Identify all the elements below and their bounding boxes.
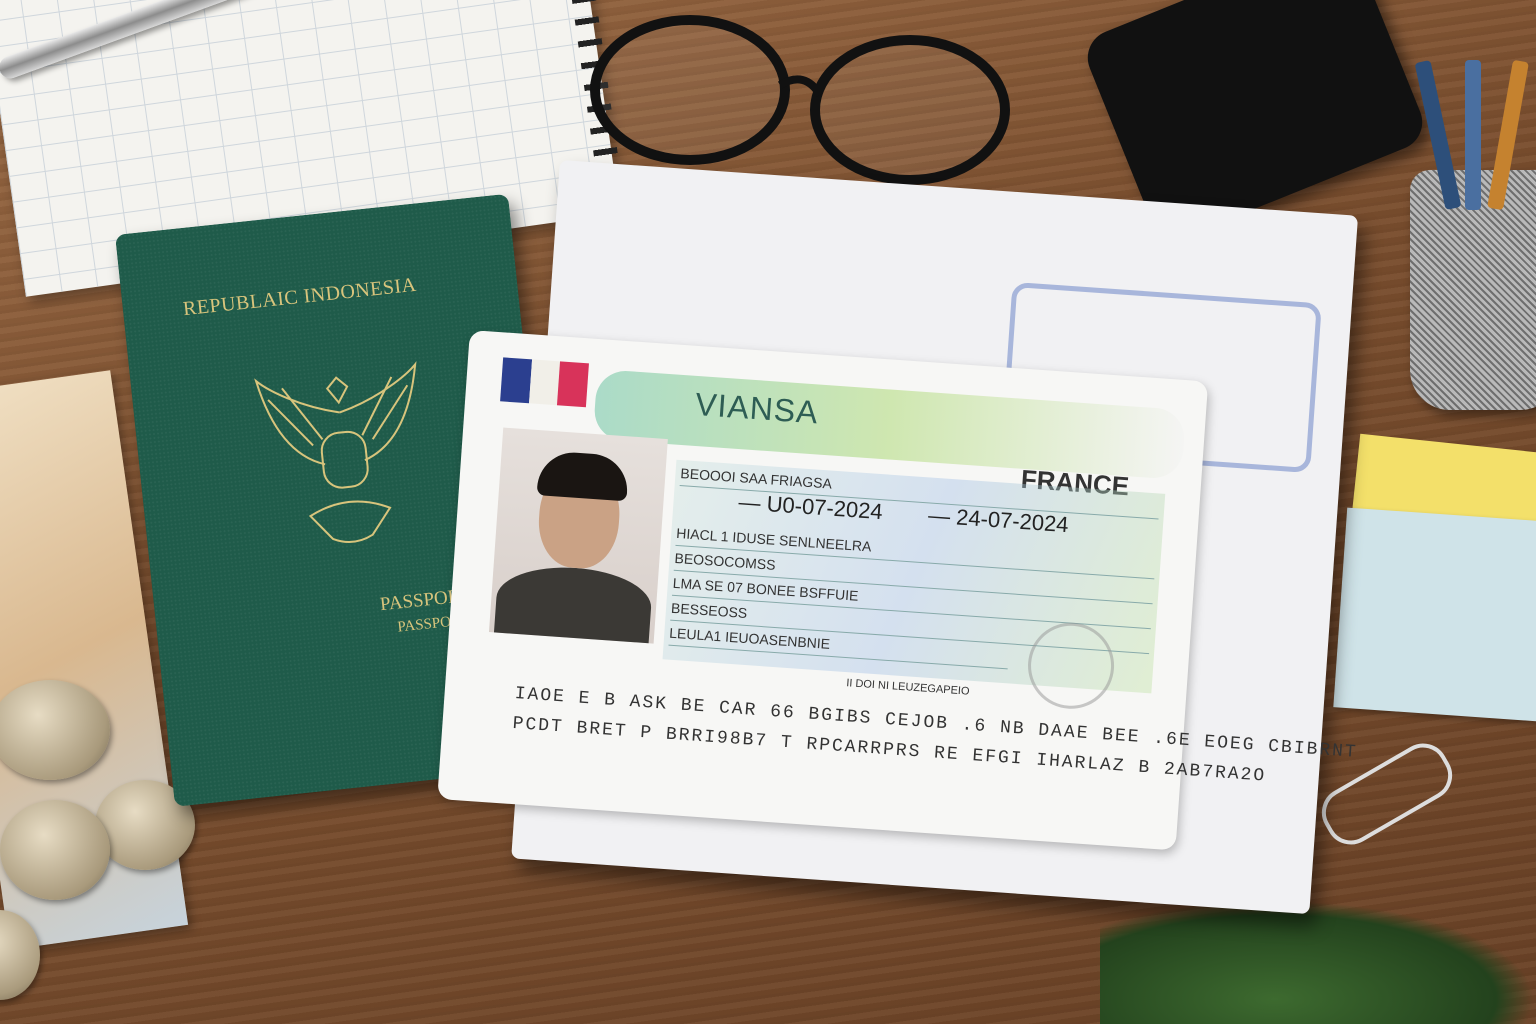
pencil [1487, 60, 1529, 210]
passport-country-title: REPUBLAIC INDONESIA [182, 274, 418, 321]
visa-sticker: VIANSA FRANCE BEOOOI SAA FRIAGSA — U0-07… [437, 330, 1208, 850]
pen-blue [1465, 60, 1481, 210]
sticky-note-blue [1333, 508, 1536, 723]
eyeglasses [580, 0, 1030, 190]
pencil [1415, 60, 1462, 210]
pencil-cup [1410, 170, 1536, 410]
garuda-emblem-icon [235, 352, 455, 572]
coin [0, 800, 110, 900]
holder-photo [489, 428, 668, 644]
plant [1100, 900, 1536, 1024]
flag-icon [500, 357, 589, 407]
